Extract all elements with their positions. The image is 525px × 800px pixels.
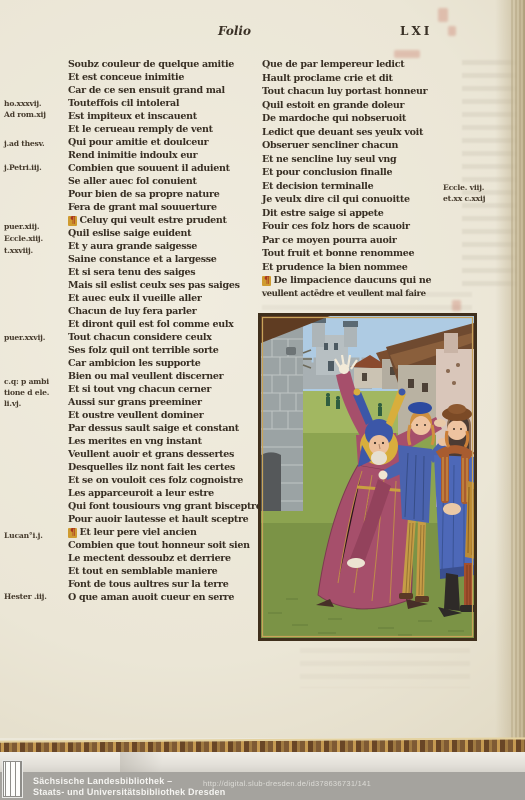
left-margin-note: li.vj. bbox=[4, 399, 21, 408]
verse-line: Qui pour amitie et doulceur bbox=[68, 136, 264, 149]
verse-line: Aussi sur grans preeminer bbox=[68, 396, 264, 409]
verse-line: Et prudence la bien nommee bbox=[262, 261, 478, 275]
library-name: Sächsische Landesbibliothek – Staats- un… bbox=[33, 776, 225, 798]
text-column-right: Que de par lempereur ledictHault proclam… bbox=[262, 58, 478, 301]
verse-line: Et se on vouloit ces folz cognoistre bbox=[68, 474, 264, 487]
verse-line: Et tout en semblable maniere bbox=[68, 565, 264, 578]
footer-bar: Sächsische Landesbibliothek – Staats- un… bbox=[0, 772, 525, 800]
page-stack-lines bbox=[511, 0, 525, 738]
verse-line: Le mectent dessoubz et derriere bbox=[68, 552, 264, 565]
left-margin-note: j.Petri.iij. bbox=[4, 163, 42, 172]
digitized-manuscript-scan: Folio LXI ho.xxxvij.Ad rom.xijj.ad thesv… bbox=[0, 0, 525, 800]
left-margin-note: t.xxviij. bbox=[4, 246, 33, 255]
verse-line: Et decision terminalle bbox=[262, 180, 478, 194]
left-margin-notes: ho.xxxvij.Ad rom.xijj.ad thesv.j.Petri.i… bbox=[4, 0, 66, 700]
verse-line: Bien ou mal veullent discerner bbox=[68, 370, 264, 383]
verse-line: Et si tout vng chacun cerner bbox=[68, 383, 264, 396]
verse-line: ¶De limpacience daucuns qui ne bbox=[262, 274, 478, 288]
verse-line: veullent actēdre et veullent mal faire bbox=[262, 288, 478, 302]
verse-line: Hault proclame crie et dit bbox=[262, 72, 478, 86]
folio-label: Folio bbox=[218, 24, 251, 38]
bleedthrough-rubric bbox=[448, 26, 456, 36]
verse-line: Touteffois cil intoleral bbox=[68, 97, 264, 110]
pilcrow-initial: ¶ bbox=[68, 216, 77, 226]
verse-line: Et oustre veullent dominer bbox=[68, 409, 264, 422]
verse-line: O que aman auoit cueur en serre bbox=[68, 591, 264, 604]
verse-line: Ledict que deuant ses yeulx voit bbox=[262, 126, 478, 140]
bleedthrough-rubric bbox=[452, 300, 461, 311]
verse-line: Pour bien de sa propre nature bbox=[68, 188, 264, 201]
table-cloth bbox=[0, 752, 525, 772]
slub-logo-icon bbox=[2, 760, 23, 798]
verse-line: Tout fruit et bonne renommee bbox=[262, 247, 478, 261]
verse-line: Par ce moyen pourra auoir bbox=[262, 234, 478, 248]
verse-line: Que de par lempereur ledict bbox=[262, 58, 478, 72]
left-margin-note: Hester .iij. bbox=[4, 592, 47, 601]
verse-line: Fouir ces folz hors de scauoir bbox=[262, 220, 478, 234]
text-column-left: Soubz couleur de quelque amitieEt est co… bbox=[68, 58, 264, 604]
verse-line: Car de ce sen ensuit grand mal bbox=[68, 84, 264, 97]
verse-line: Veullent auoir et grans dessertes bbox=[68, 448, 264, 461]
verse-line: Font de tous aultres sur la terre bbox=[68, 578, 264, 591]
verse-line: Les apparceuroit a leur estre bbox=[68, 487, 264, 500]
left-margin-note: j.ad thesv. bbox=[4, 139, 45, 148]
left-margin-note: c.q: p ambi bbox=[4, 377, 49, 386]
verse-line: Est impiteux et inscauent bbox=[68, 110, 264, 123]
verse-line: Dit estre saige si appete bbox=[262, 207, 478, 221]
left-margin-note: ho.xxxvij. bbox=[4, 99, 41, 108]
verse-line: Soubz couleur de quelque amitie bbox=[68, 58, 264, 71]
left-margin-note: puer.xiij. bbox=[4, 222, 39, 231]
verse-line: Et auec eulx il vueille aller bbox=[68, 292, 264, 305]
verse-line: Desquelles ilz nont fait les certes bbox=[68, 461, 264, 474]
verse-line: Se aller auec fol conuient bbox=[68, 175, 264, 188]
verse-line: Mais sil eslist ceulx ses pas saiges bbox=[68, 279, 264, 292]
verse-line: Et est conceue inimitie bbox=[68, 71, 264, 84]
verse-line: Combien que tout honneur soit sien bbox=[68, 539, 264, 552]
left-margin-note: tione d ele. bbox=[4, 388, 49, 397]
verse-line: Et ne sencline luy seul vng bbox=[262, 153, 478, 167]
verse-line: Saine constance et a largesse bbox=[68, 253, 264, 266]
verse-line: Et y aura grande saigesse bbox=[68, 240, 264, 253]
left-margin-note: Eccle.xiij. bbox=[4, 234, 43, 243]
verse-line: Obseruer sencliner chacun bbox=[262, 139, 478, 153]
verse-line: Et le cerueau remply de vent bbox=[68, 123, 264, 136]
verse-line: Tout chacun considere ceulx bbox=[68, 331, 264, 344]
pilcrow-initial: ¶ bbox=[68, 528, 77, 538]
verse-line: Car ambicion les supporte bbox=[68, 357, 264, 370]
verse-line: Je veulx dire cil qui conuoitte bbox=[262, 193, 478, 207]
verse-line: Et pour conclusion finalle bbox=[262, 166, 478, 180]
verse-line: Par dessus sault saige et constant bbox=[68, 422, 264, 435]
verse-line: Fera de grant mal souuerture bbox=[68, 201, 264, 214]
manuscript-page: Folio LXI ho.xxxvij.Ad rom.xijj.ad thesv… bbox=[0, 0, 525, 738]
bleedthrough-rubric bbox=[394, 50, 420, 58]
verse-line: Qui font tousiours vng grant bisceptre bbox=[68, 500, 264, 513]
verse-line: Et si sera tenu des saiges bbox=[68, 266, 264, 279]
digital-collection-url: http://digital.slub-dresden.de/id3786367… bbox=[203, 779, 371, 788]
verse-line: Rend inimitie indoulx eur bbox=[68, 149, 264, 162]
verse-line: Les merites en vng instant bbox=[68, 435, 264, 448]
verse-line: ¶Celuy qui veult estre prudent bbox=[68, 214, 264, 227]
verse-line: De mardoche qui nobseruoit bbox=[262, 112, 478, 126]
left-margin-note: Ad rom.xij bbox=[4, 110, 46, 119]
left-margin-note: puer.xxvij. bbox=[4, 333, 45, 342]
verse-line: Chacun de luy fera parler bbox=[68, 305, 264, 318]
verse-line: Quil estoit en grande doleur bbox=[262, 99, 478, 113]
verse-line: Et diront quil est fol comme eulx bbox=[68, 318, 264, 331]
miniature-illustration bbox=[258, 313, 477, 641]
pilcrow-initial: ¶ bbox=[262, 276, 271, 286]
verse-line: Quil eslise saige euident bbox=[68, 227, 264, 240]
verse-line: Ses folz quil ont terrible sorte bbox=[68, 344, 264, 357]
verse-line: Tout chacun luy portast honneur bbox=[262, 85, 478, 99]
library-name-line1: Sächsische Landesbibliothek – bbox=[33, 776, 225, 787]
verse-line: Pour auoir lautesse et hault sceptre bbox=[68, 513, 264, 526]
left-margin-note: Lucan°i.j. bbox=[4, 531, 43, 540]
library-name-line2: Staats- und Universitätsbibliothek Dresd… bbox=[33, 787, 225, 798]
verse-line: ¶Et leur pere viel ancien bbox=[68, 526, 264, 539]
bleedthrough-rubric bbox=[438, 8, 448, 22]
verse-line: Combien que souuent il aduient bbox=[68, 162, 264, 175]
page-number: LXI bbox=[400, 24, 432, 38]
running-header: Folio LXI bbox=[0, 24, 505, 40]
